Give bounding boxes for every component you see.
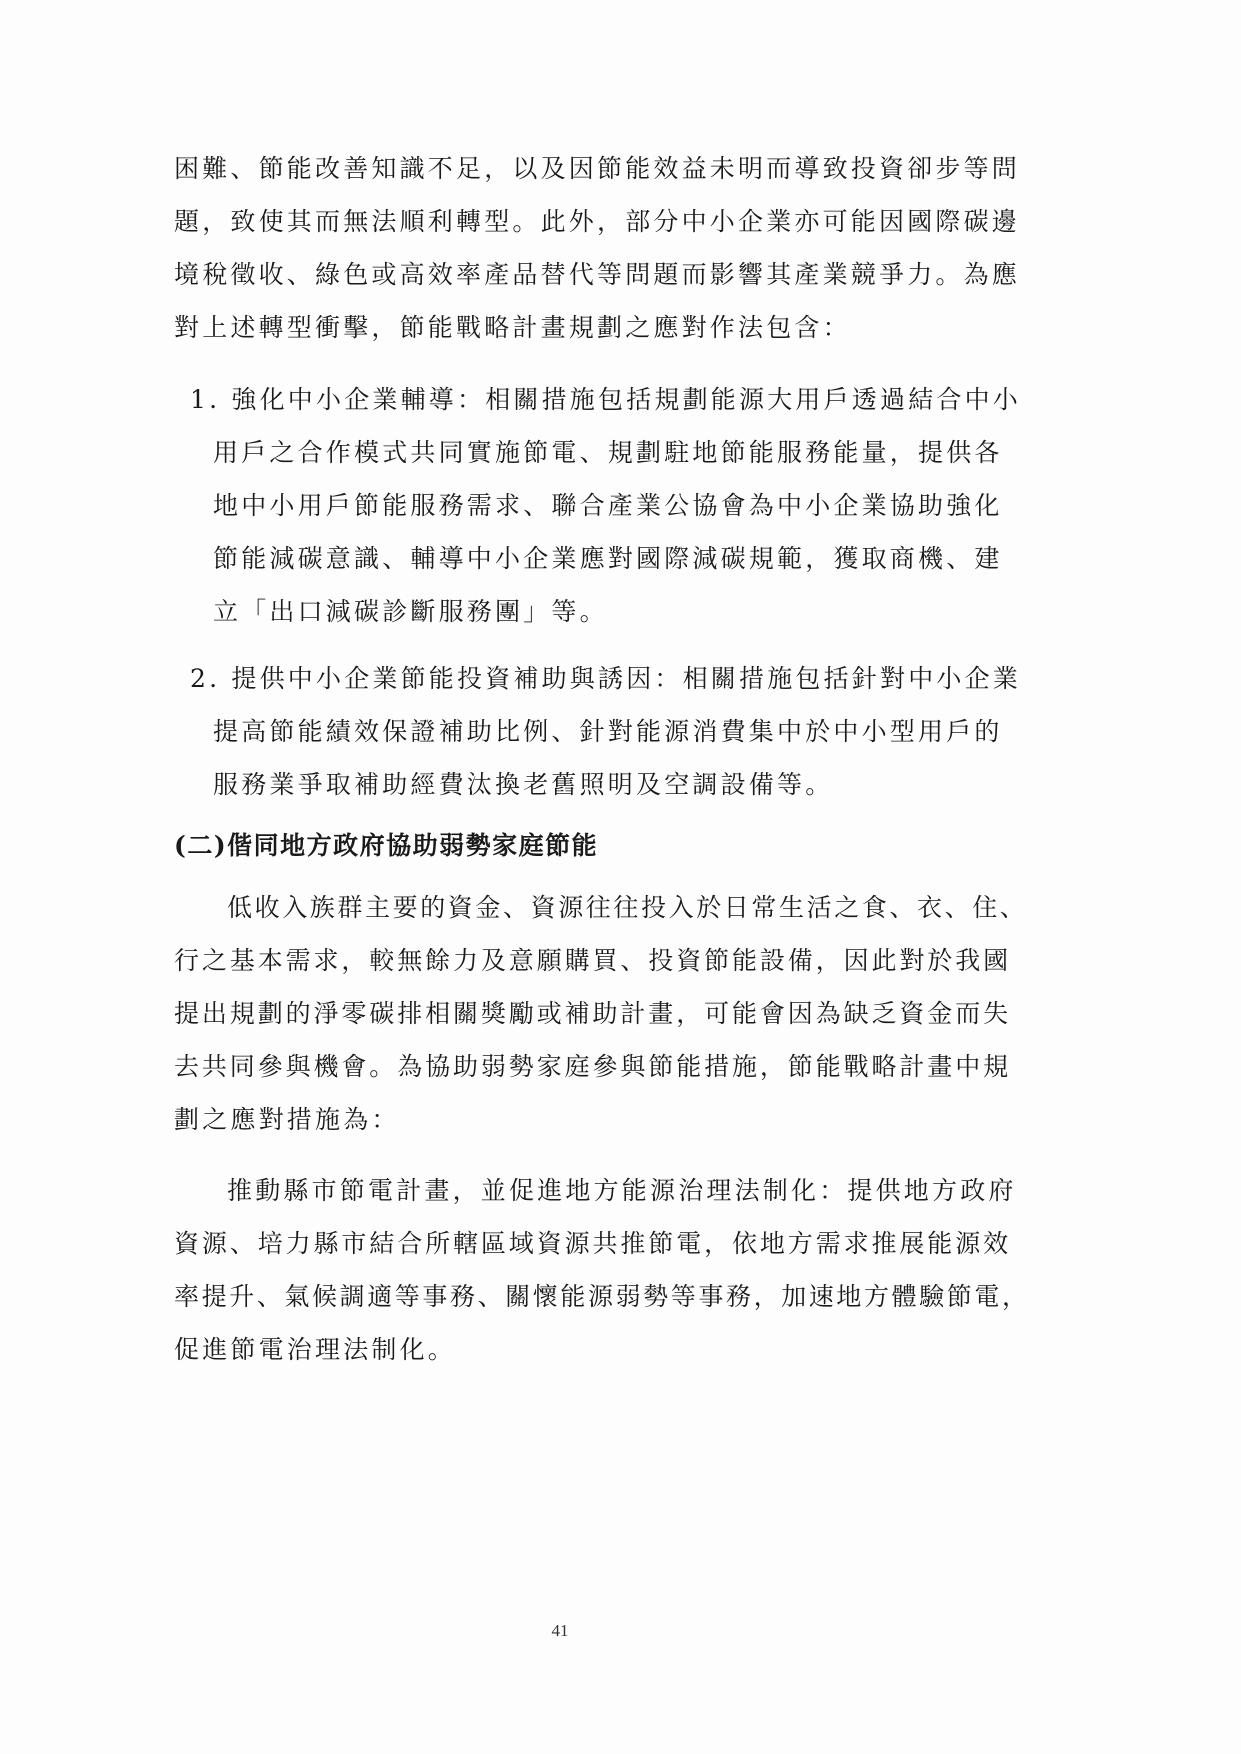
text-line: 題，致使其而無法順利轉型。此外，部分中小企業亦可能因國際碳邊 [174, 206, 1020, 238]
text-line: 服務業爭取補助經費汰換老舊照明及空調設備等。 [213, 769, 833, 801]
list-item-first-line: 2. 提供中小企業節能投資補助與誘因：相關措施包括針對中小企業 [190, 663, 1021, 695]
text-line: 資源、培力縣市結合所轄區域資源共推節電，依地方需求推展能源效 [174, 1228, 1011, 1260]
section-heading: (二)偕同地方政府協助弱勢家庭節能 [174, 830, 598, 862]
text-line: 行之基本需求，較無餘力及意願購買、投資節能設備，因此對於我國 [174, 945, 1011, 977]
text-line: 率提升、氣候調適等事務、關懷能源弱勢等事務，加速地方體驗節電， [174, 1281, 1030, 1313]
text-line: 推動縣市節電計畫，並促進地方能源治理法制化：提供地方政府 [227, 1175, 1017, 1207]
text-line: 節能減碳意識、輔導中小企業應對國際減碳規範，獲取商機、建 [213, 543, 1003, 575]
text-line: 困難、節能改善知識不足，以及因節能效益未明而導致投資卻步等問 [174, 153, 1020, 185]
text-line: 劃之應對措施為： [174, 1104, 400, 1136]
document-page: 困難、節能改善知識不足，以及因節能效益未明而導致投資卻步等問 題，致使其而無法順… [0, 0, 1241, 1754]
page-number: 41 [0, 1621, 1120, 1641]
text-line: 對上述轉型衝擊，節能戰略計畫規劃之應對作法包含： [174, 312, 851, 344]
text-line: 地中小用戶節能服務需求、聯合產業公協會為中小企業協助強化 [213, 490, 1003, 522]
list-item-first-line: 1. 強化中小企業輔導：相關措施包括規劃能源大用戶透過結合中小 [190, 384, 1021, 416]
text-line: 提高節能績效保證補助比例、針對能源消費集中於中小型用戶的 [213, 716, 1003, 748]
text-line: 低收入族群主要的資金、資源往往投入於日常生活之食、衣、住、 [227, 892, 1027, 924]
text-line: 去共同參與機會。為協助弱勢家庭參與節能措施，節能戰略計畫中規 [174, 1051, 1011, 1083]
text-line: 用戶之合作模式共同實施節電、規劃駐地節能服務能量，提供各 [213, 437, 1003, 469]
text-line: 境稅徵收、綠色或高效率產品替代等問題而影響其產業競爭力。為應 [174, 259, 1020, 291]
text-line: 提出規劃的淨零碳排相關獎勵或補助計畫，可能會因為缺乏資金而失 [174, 998, 1011, 1030]
text-line: 促進節電治理法制化。 [174, 1334, 456, 1366]
text-line: 立「出口減碳診斷服務團」等。 [213, 596, 608, 628]
